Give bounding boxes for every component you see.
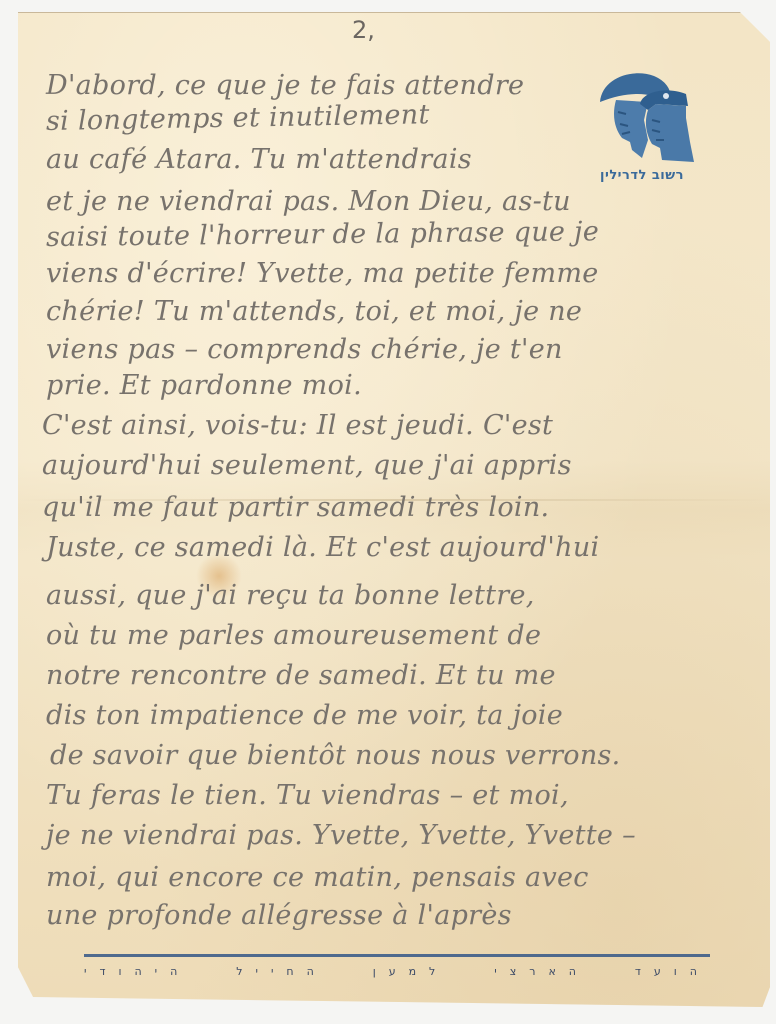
letter-line: moi, qui encore ce matin, pensais avec xyxy=(46,862,589,893)
letter-line: au café Atara. Tu m'attendrais xyxy=(46,144,472,175)
letter-line: saisi toute l'horreur de la phrase que j… xyxy=(46,216,599,253)
footer-rule xyxy=(84,954,710,957)
letter-line: prie. Et pardonne moi. xyxy=(46,370,362,401)
letter-line: une profonde allégresse à l'après xyxy=(46,900,512,931)
page-number: 2, xyxy=(352,16,375,44)
footer-organization-name: הועד הארצי למען החייל היהודי xyxy=(84,965,710,978)
two-soldiers-emblem-icon xyxy=(582,62,702,166)
letter-line: de savoir que bientôt nous nous verrons. xyxy=(50,740,621,771)
letterhead-caption: רשוב לדרילין xyxy=(572,168,712,183)
letter-line: Tu feras le tien. Tu viendras – et moi, xyxy=(46,780,569,811)
letter-line: viens d'écrire! Yvette, ma petite femme xyxy=(46,258,599,289)
letter-line: viens pas – comprends chérie, je t'en xyxy=(46,334,563,365)
letterhead: רשוב לדרילין xyxy=(572,62,712,192)
letter-line: je ne viendrai pas. Yvette, Yvette, Yvet… xyxy=(46,820,636,851)
letter-line: D'abord, ce que je te fais attendre xyxy=(46,70,524,101)
letter-line: dis ton impatience de me voir, ta joie xyxy=(46,700,563,731)
letter-line: et je ne viendrai pas. Mon Dieu, as-tu xyxy=(46,186,571,217)
letter-line: notre rencontre de samedi. Et tu me xyxy=(46,660,556,691)
letter-line: où tu me parles amoureusement de xyxy=(46,620,541,651)
letter-line: Juste, ce samedi là. Et c'est aujourd'hu… xyxy=(46,532,599,563)
letter-line: C'est ainsi, vois-tu: Il est jeudi. C'es… xyxy=(42,410,553,441)
letter-line: aujourd'hui seulement, que j'ai appris xyxy=(42,450,572,481)
letter-line: chérie! Tu m'attends, toi, et moi, je ne xyxy=(46,296,582,327)
letter-line: aussi, que j'ai reçu ta bonne lettre, xyxy=(46,580,535,611)
letter-line: qu'il me faut partir samedi très loin. xyxy=(42,492,549,523)
